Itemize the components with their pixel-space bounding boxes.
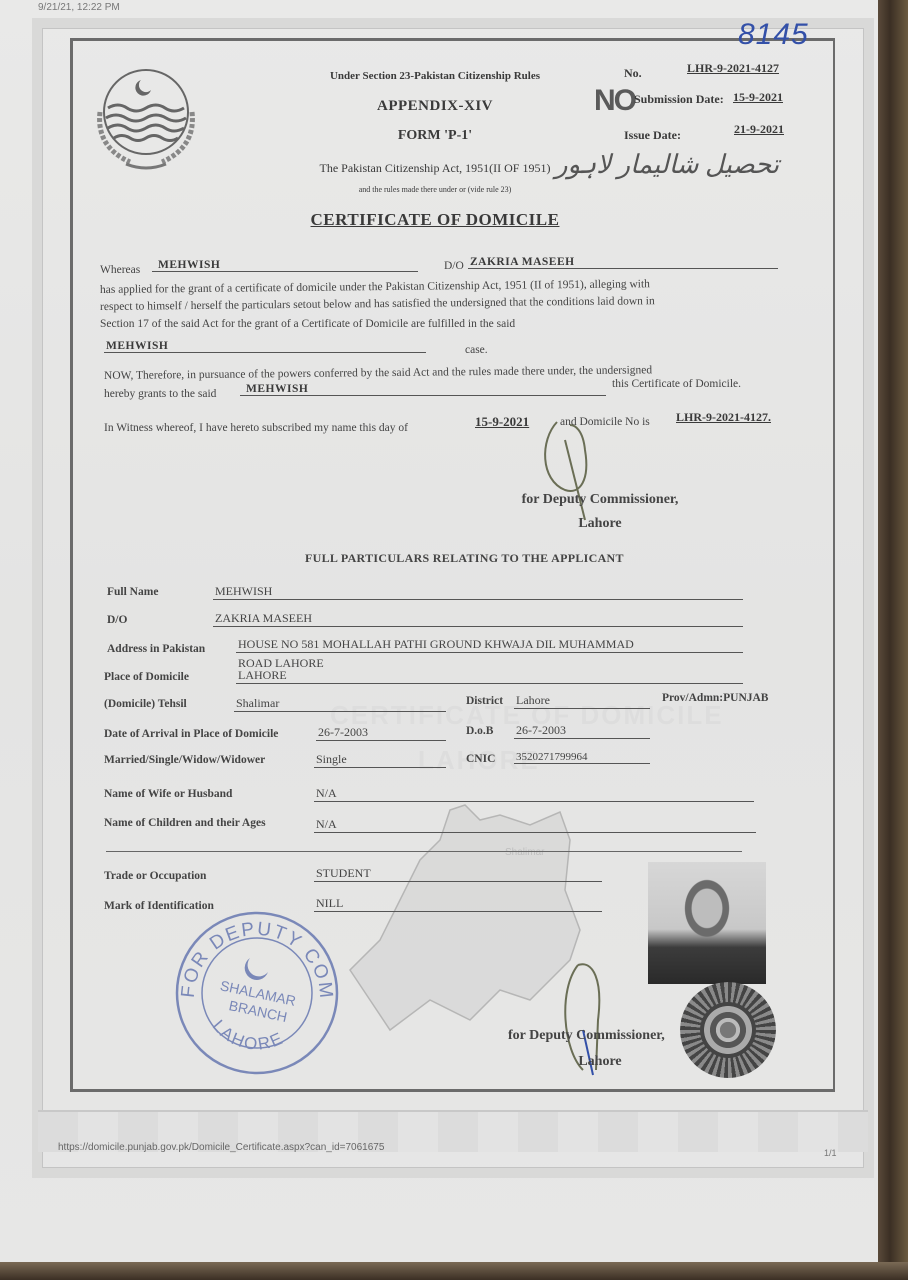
signature1-title: for Deputy Commissioner, — [500, 492, 700, 508]
children-value: N/A — [314, 817, 756, 833]
deputy-commissioner-stamp-icon: FOR DEPUTY COMMISSIONER LAHORE SHALAMAR … — [172, 908, 342, 1078]
submission-date-label: Submission Date: — [634, 92, 724, 107]
handwritten-number: 8145 — [738, 18, 809, 52]
place-value: LAHORE — [236, 668, 743, 684]
no-stamp: NO — [594, 84, 635, 118]
vide-rule-text: and the rules made there under or (vide … — [270, 185, 600, 194]
signature1-city: Lahore — [500, 516, 700, 532]
embossed-seal-center-icon — [700, 1002, 756, 1058]
case-label: case. — [465, 342, 488, 358]
province-label: Prov/Admn:PUNJAB — [662, 692, 768, 704]
full-name-value: MEHWISH — [213, 584, 743, 600]
marital-value: Single — [314, 752, 446, 768]
signature2-title: for Deputy Commissioner, — [508, 1028, 708, 1044]
district-value: Lahore — [514, 693, 650, 709]
mark-value: NILL — [314, 896, 602, 912]
children-label: Name of Children and their Ages — [104, 817, 266, 829]
witness-domicile-no: LHR-9-2021-4127. — [676, 410, 771, 425]
para2-suffix: this Certificate of Domicile. — [612, 376, 741, 392]
print-timestamp: 9/21/21, 12:22 PM — [38, 2, 120, 13]
signature-icon — [535, 420, 605, 530]
certificate-no-label: No. — [624, 66, 642, 81]
full-name-label: Full Name — [107, 586, 158, 598]
marital-label: Married/Single/Widow/Widower — [104, 754, 265, 766]
signature2-city: Lahore — [560, 1054, 640, 1070]
applicant-photo — [648, 862, 766, 984]
page-title: CERTIFICATE OF DOMICILE — [270, 210, 600, 230]
background-table-edge-bottom — [0, 1262, 908, 1280]
dob-label: D.o.B — [466, 725, 493, 737]
address-line1: HOUSE NO 581 MOHALLAH PATHI GROUND KHWAJ… — [236, 637, 743, 653]
issue-date-label: Issue Date: — [624, 128, 681, 143]
occupation-label: Trade or Occupation — [104, 870, 206, 882]
particulars-heading: FULL PARTICULARS RELATING TO THE APPLICA… — [305, 551, 624, 566]
whereas-name: MEHWISH — [152, 259, 418, 272]
cnic-label: CNIC — [466, 753, 495, 765]
divider — [106, 851, 742, 852]
appendix-heading: APPENDIX-XIV — [270, 98, 600, 115]
occupation-value: STUDENT — [314, 866, 602, 882]
do-value-particulars: ZAKRIA MASEEH — [213, 611, 743, 627]
grantee-name: MEHWISH — [240, 383, 606, 396]
submission-date-value: 15-9-2021 — [733, 90, 783, 105]
whereas-label: Whereas — [100, 262, 140, 278]
dob-value: 26-7-2003 — [514, 723, 650, 739]
spouse-value: N/A — [314, 786, 754, 802]
arrival-label: Date of Arrival in Place of Domicile — [104, 728, 278, 740]
witness-prefix: In Witness whereof, I have hereto subscr… — [104, 420, 408, 436]
witness-date: 15-9-2021 — [475, 414, 529, 430]
district-label: District — [466, 695, 503, 707]
tehsil-value: Shalimar — [234, 696, 446, 712]
do-label-particulars: D/O — [107, 614, 127, 626]
page-number: 1/1 — [824, 1148, 837, 1158]
footer-url: https://domicile.punjab.gov.pk/Domicile_… — [58, 1142, 384, 1153]
tehsil-label: (Domicile) Tehsil — [104, 698, 187, 710]
para2-prefix: hereby grants to the said — [104, 386, 216, 402]
do-name: ZAKRIA MASEEH — [468, 256, 778, 269]
arrival-value: 26-7-2003 — [316, 725, 446, 741]
issue-date-value: 21-9-2021 — [734, 122, 784, 137]
spouse-label: Name of Wife or Husband — [104, 788, 232, 800]
svg-text:Shalimar: Shalimar — [505, 847, 545, 858]
punjab-emblem-icon — [86, 60, 206, 175]
certificate-no-value: LHR-9-2021-4127 — [687, 61, 779, 76]
place-label: Place of Domicile — [104, 671, 189, 683]
act-heading: The Pakistan Citizenship Act, 1951(II OF… — [270, 161, 600, 176]
rules-heading: Under Section 23-Pakistan Citizenship Ru… — [270, 70, 600, 82]
background-table-edge — [878, 0, 908, 1280]
do-label: D/O — [444, 258, 464, 274]
case-name: MEHWISH — [104, 340, 426, 353]
address-label: Address in Pakistan — [107, 643, 205, 655]
urdu-tehsil-stamp: تحصیل شالیمار لاہور — [555, 150, 779, 180]
form-heading: FORM 'P-1' — [270, 128, 600, 144]
para1-line3: Section 17 of the said Act for the grant… — [100, 316, 515, 332]
cnic-value: 3520271799964 — [514, 751, 650, 764]
